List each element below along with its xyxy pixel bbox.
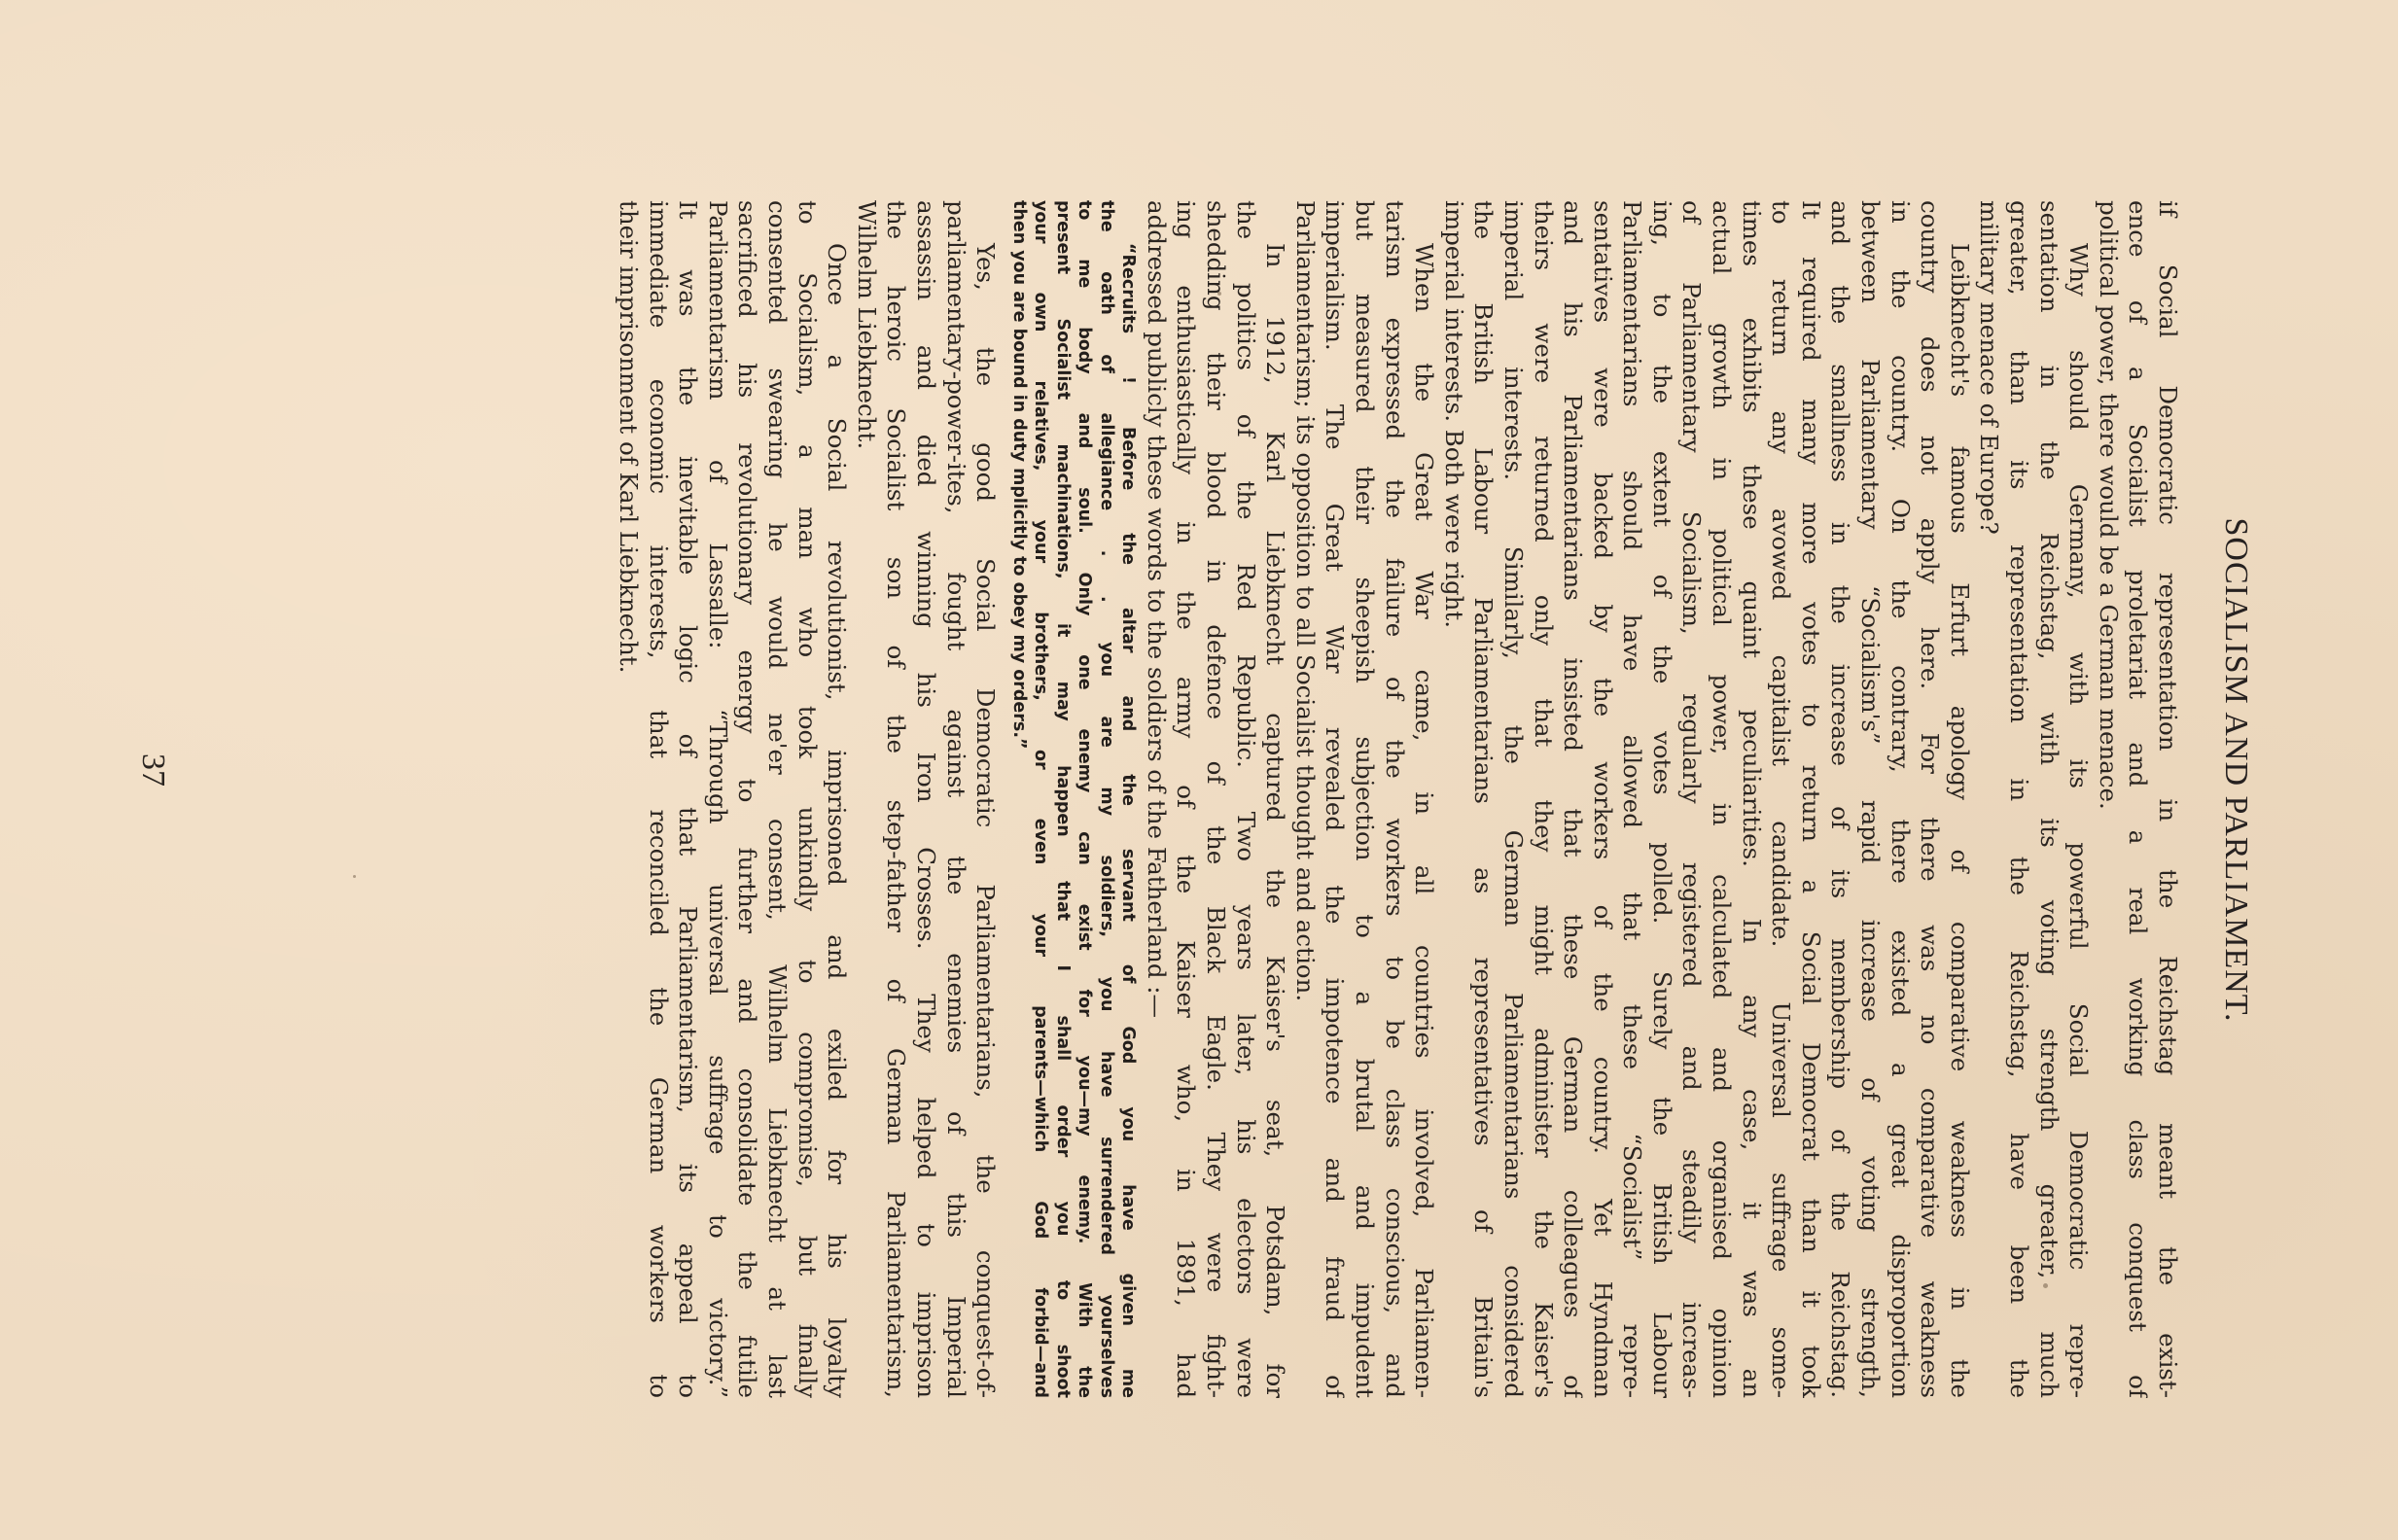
paragraph: When the Great War came, in all countrie… (1289, 200, 1438, 1398)
text-line: between Parliamentary “Socialism's” rapi… (1854, 200, 1885, 1398)
text-line: imperial interests. Both were right. (1438, 200, 1468, 1398)
paragraph: if Social Democratic representation in t… (2093, 200, 2182, 1398)
text-line: immediate economic interests, that recon… (643, 200, 673, 1398)
text-line: In 1912, Karl Liebknecht captured the Ka… (1260, 200, 1290, 1398)
book-page: SOCIALISM AND PARLIAMENT. if Social Demo… (0, 0, 2398, 1540)
text-line: imperialism. The Great War revealed the … (1320, 200, 1350, 1398)
text-line: the heroic Socialist son of the step-fat… (881, 200, 911, 1398)
text-line: their imprisonment of Karl Liebknecht. (614, 200, 644, 1398)
text-line: and the smallness in the increase of its… (1825, 200, 1855, 1398)
text-line: imperial interests. Similarly, the Germa… (1498, 200, 1528, 1398)
text-line: if Social Democratic representation in t… (2152, 200, 2182, 1398)
text-line: and his Parliamentarians insisted that t… (1558, 200, 1588, 1398)
text-line: tarism expressed the failure of the work… (1379, 200, 1409, 1398)
text-line: Why should Germany, with its powerful So… (2063, 200, 2094, 1398)
text-line: country does not apply here. For there w… (1915, 200, 1945, 1398)
quote-line: “Recruits ! Before the altar and the ser… (1117, 200, 1140, 1398)
text-line: shedding their blood in defence of the B… (1200, 200, 1230, 1398)
text-line: sentation in the Reichstag, with its vot… (2033, 200, 2063, 1398)
body-text: if Social Democratic representation in t… (614, 200, 2183, 1398)
text-line: the British Labour Parliamentarians as r… (1468, 200, 1499, 1398)
text-line: Yes, the good Social Democratic Parliame… (970, 200, 1001, 1398)
paper-fleck (353, 875, 356, 878)
text-line: to Socialism, a man who took unkindly to… (792, 200, 822, 1398)
text-line: Parliamentarism of Lassalle: “Through un… (702, 200, 732, 1398)
text-line: political power, there would be a German… (2093, 200, 2123, 1398)
text-line: theirs were returned only that they migh… (1528, 200, 1558, 1398)
text-line: ing enthusiastically in the army of the … (1171, 200, 1201, 1398)
text-line: consented swearing he would ne'er consen… (761, 200, 792, 1398)
text-line: sacrificed his revolutionary energy to f… (732, 200, 762, 1398)
text-line: actual growth in political power, in cal… (1707, 200, 1737, 1398)
text-line: Once a Social revolutionist, imprisoned … (822, 200, 852, 1398)
text-line: of Parliamentary Socialism, regularly re… (1676, 200, 1707, 1398)
paragraph: Leibknecht's famous Erfurt apology of co… (1438, 200, 1974, 1398)
paragraph: Yes, the good Social Democratic Parliame… (851, 200, 1000, 1398)
paragraph: Once a Social revolutionist, imprisoned … (614, 200, 852, 1398)
text-line: Wilhelm Liebknecht. (851, 200, 881, 1398)
text-line: parliamentary-power-ites, fought against… (940, 200, 970, 1398)
kaiser-quote: “Recruits ! Before the altar and the ser… (1007, 200, 1139, 1398)
text-line: greater, than its representation in the … (2003, 200, 2033, 1398)
running-head: SOCIALISM AND PARLIAMENT. (2217, 0, 2254, 1540)
text-line: ence of a Socialist proletariat and a re… (2123, 200, 2153, 1398)
page-number: 37 (134, 0, 171, 1540)
text-line: addressed publicly these words to the so… (1141, 200, 1171, 1398)
quote-line: your own relatives, your brothers, or ev… (1030, 200, 1052, 1398)
paragraphs-before-quote: if Social Democratic representation in t… (1141, 200, 2182, 1398)
text-line: sentatives were backed by the workers of… (1587, 200, 1617, 1398)
text-line: military menace of Europe? (1974, 200, 2004, 1398)
text-line: Parliamentarism; its opposition to all S… (1289, 200, 1320, 1398)
quote-line: the oath of allegiance . . you are my so… (1095, 200, 1117, 1398)
text-line: ing, to the extent of the votes polled. … (1646, 200, 1676, 1398)
paragraph: In 1912, Karl Liebknecht captured the Ka… (1141, 200, 1289, 1398)
text-line: When the Great War came, in all countrie… (1409, 200, 1439, 1398)
paper-fleck (1217, 292, 1221, 296)
paragraphs-after-quote: Yes, the good Social Democratic Parliame… (614, 200, 1001, 1398)
text-line: assassin and died winning his Iron Cross… (910, 200, 940, 1398)
quote-line: then you are bound in duty mplicitly to … (1007, 200, 1030, 1398)
text-line: It required many more votes to return a … (1795, 200, 1825, 1398)
text-line: the politics of the Red Republic. Two ye… (1230, 200, 1260, 1398)
text-line: times exhibits these quaint peculiaritie… (1736, 200, 1766, 1398)
text-line: Leibknecht's famous Erfurt apology of co… (1944, 200, 1974, 1398)
paragraph: Why should Germany, with its powerful So… (1974, 200, 2093, 1398)
text-line: It was the inevitable logic of that Parl… (673, 200, 703, 1398)
text-line: to return any avowed capitalist candidat… (1766, 200, 1796, 1398)
quote-line: present Socialist machinations, it may h… (1051, 200, 1074, 1398)
paper-fleck (2043, 1283, 2048, 1288)
text-line: but measured their sheepish subjection t… (1349, 200, 1379, 1398)
text-line: in the country. On the contrary, there e… (1885, 200, 1915, 1398)
text-line: Parliamentarians should have allowed tha… (1617, 200, 1647, 1398)
quote-line: to me body and soul. Only one enemy can … (1074, 200, 1096, 1398)
